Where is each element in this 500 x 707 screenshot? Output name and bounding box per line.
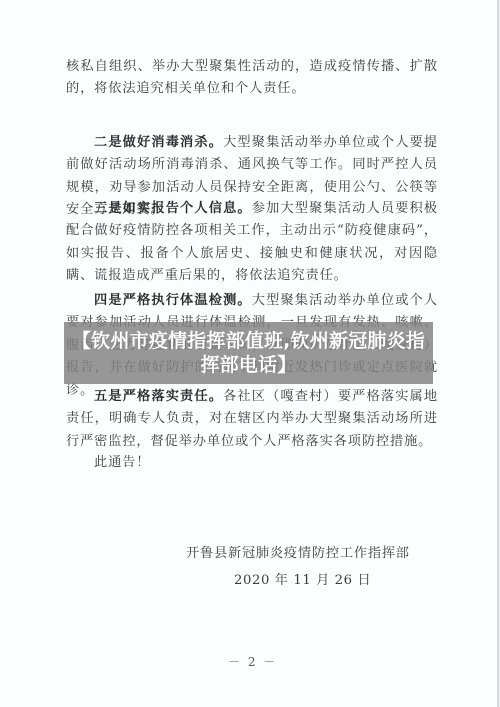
- paragraph-text: 此通告！: [66, 452, 438, 474]
- paragraph-closing-clause: 核私自组织、举办大型聚集性活动的，造成疫情传播、扩散的，将依法追究相关单位和个人…: [66, 56, 438, 101]
- paragraph-report-info: 三是如实报告个人信息。参加大型聚集活动人员要积极配合做好疫情防控各项相关工作，主…: [66, 198, 438, 288]
- signature-organization: 开鲁县新冠肺炎疫情防控工作指挥部: [186, 542, 410, 561]
- document-page: 核私自组织、举办大型聚集性活动的，造成疫情传播、扩散的，将依法追究相关单位和个人…: [0, 0, 497, 707]
- banner-title: 【钦州市疫情指挥部值班,钦州新冠肺炎指挥部电话】: [69, 329, 429, 377]
- page-number: － 2 －: [228, 653, 277, 670]
- paragraph-responsibility: 五是严格落实责任。各社区（嘎查村）要严格落实属地责任，明确专人负责，对在辖区内举…: [66, 386, 438, 453]
- paragraph-text: 核私自组织、举办大型聚集性活动的，造成疫情传播、扩散的，将依法追究相关单位和个人…: [66, 56, 438, 101]
- paragraph-heading: 三是如实报告个人信息。: [94, 201, 252, 216]
- paragraph-heading: 四是严格执行体温检测。: [94, 293, 252, 308]
- paragraph-heading: 二是做好消毒消杀。: [94, 135, 223, 150]
- signature-date: 2020 年 11 月 26 日: [234, 569, 371, 588]
- paragraph-heading: 五是严格落实责任。: [94, 389, 223, 404]
- paragraph-notice-end: 此通告！: [66, 452, 438, 474]
- title-overlay-banner: 【钦州市疫情指挥部值班,钦州新冠肺炎指挥部电话】: [64, 322, 433, 384]
